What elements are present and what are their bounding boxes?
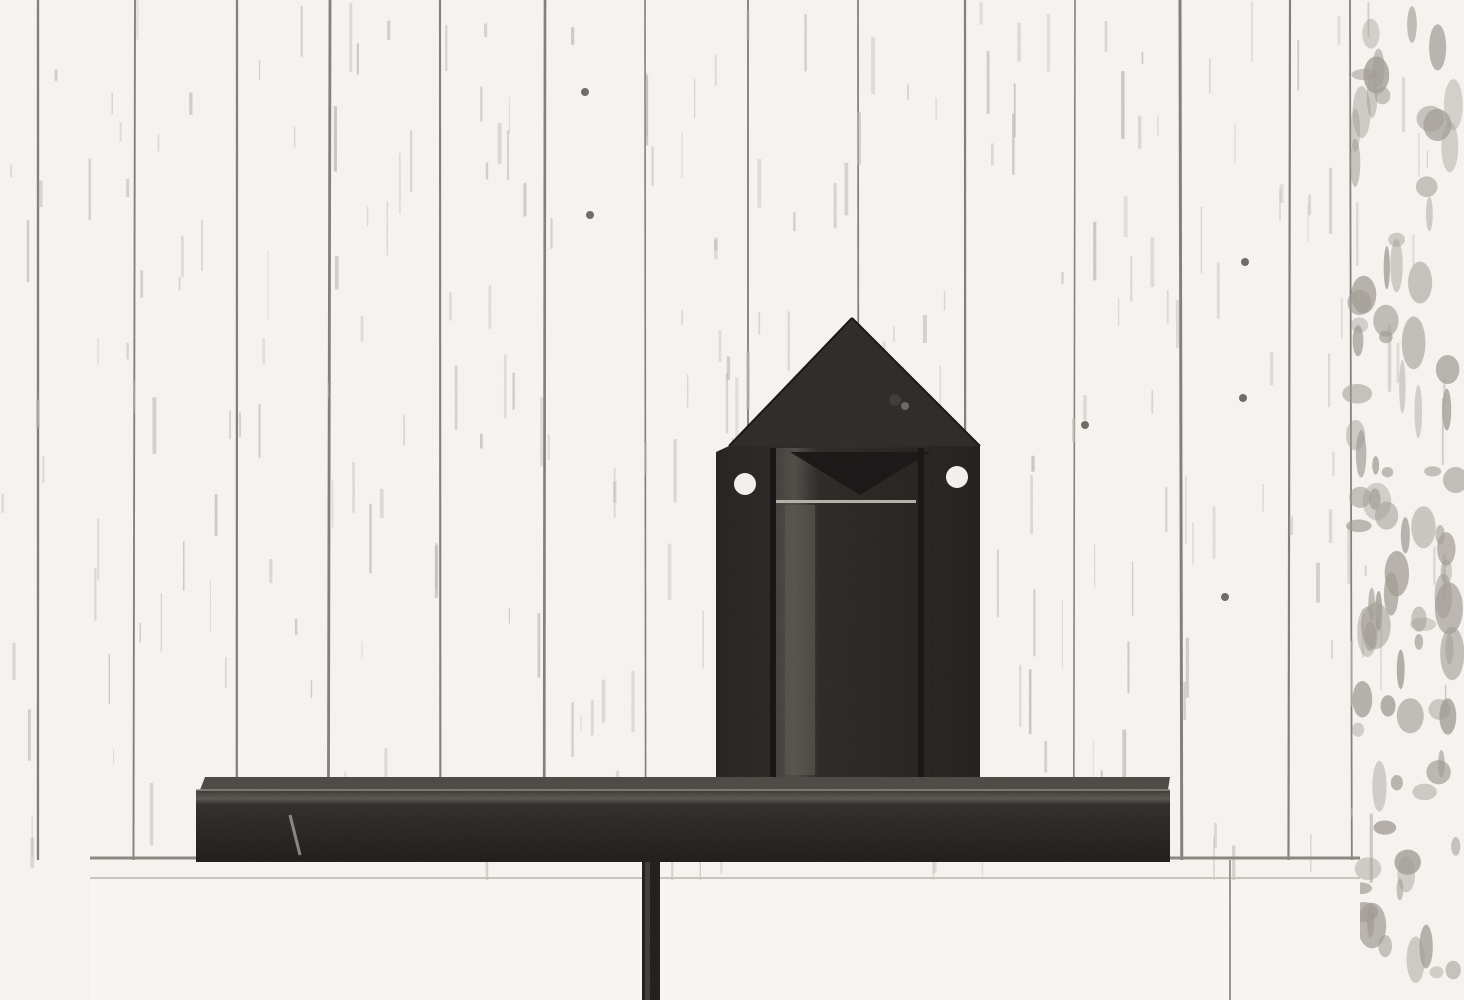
photograph bbox=[0, 0, 1464, 1000]
scene bbox=[0, 0, 1464, 1000]
